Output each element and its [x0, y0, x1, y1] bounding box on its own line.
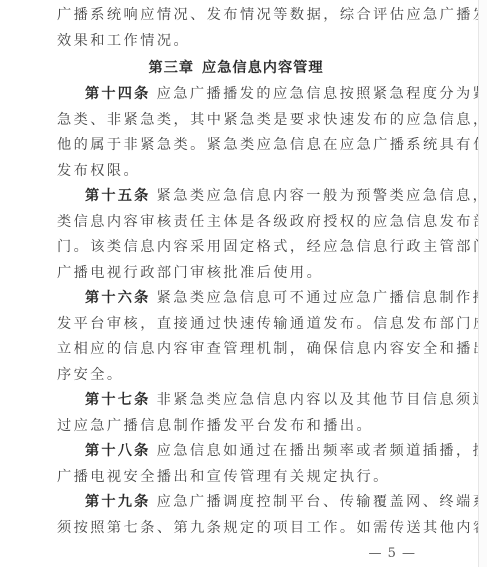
document-body: 广播系统响应情况、发布情况等数据，综合评估应急广播发布 效果和工作情况。 第三章… [57, 3, 415, 541]
article-number: 第十四条 [85, 86, 151, 102]
article-number: 第十八条 [85, 443, 151, 459]
article-15-first-line: 第十五条紧急类应急信息内容一般为预警类应急信息，该 [57, 184, 415, 210]
article-number: 第十九条 [85, 494, 151, 510]
document-page: 广播系统响应情况、发布情况等数据，综合评估应急广播发布 效果和工作情况。 第三章… [0, 0, 478, 567]
article-14-first-line: 第十四条应急广播播发的应急信息按照紧急程度分为紧 [57, 82, 415, 108]
page-number: — 5 — [352, 546, 416, 561]
article-text: 应急广播调度控制平台、传输覆盖网、终端系统 [157, 494, 487, 510]
body-line: 急类、非紧急类，其中紧急类是要求快速发布的应急信息，其 [57, 108, 415, 134]
body-line: 立相应的信息内容审查管理机制，确保信息内容安全和播出秩 [57, 337, 415, 363]
page-margin [479, 0, 487, 567]
body-line: 广播系统响应情况、发布情况等数据，综合评估应急广播发布 [57, 3, 415, 29]
body-line: 须按照第七条、第九条规定的项目工作。如需传送其他内容， [57, 516, 415, 542]
article-number: 第十七条 [85, 392, 151, 408]
article-17-first-line: 第十七条非紧急类应急信息内容以及其他节目信息须通 [57, 388, 415, 414]
article-19-first-line: 第十九条应急广播调度控制平台、传输覆盖网、终端系统 [57, 490, 415, 516]
body-line: 过应急广播信息制作播发平台发布和播出。 [57, 414, 415, 440]
body-line: 序安全。 [57, 363, 415, 389]
body-line: 广播电视安全播出和宣传管理有关规定执行。 [57, 465, 415, 491]
article-text: 应急广播播发的应急信息按照紧急程度分为紧 [157, 86, 487, 102]
article-16-first-line: 第十六条紧急类应急信息可不通过应急广播信息制作播 [57, 286, 415, 312]
article-text: 紧急类应急信息内容一般为预警类应急信息，该 [157, 188, 487, 204]
body-line: 发布权限。 [57, 159, 415, 185]
article-text: 应急信息如通过在播出频率或者频道插播，按照 [157, 443, 487, 459]
article-18-first-line: 第十八条应急信息如通过在播出频率或者频道插播，按照 [57, 439, 415, 465]
body-line: 发平台审核，直接通过快速传输通道发布。信息发布部门应建 [57, 312, 415, 338]
body-line: 广播电视行政部门审核批准后使用。 [57, 261, 415, 287]
article-number: 第十五条 [85, 188, 151, 204]
article-text: 非紧急类应急信息内容以及其他节目信息须通 [157, 392, 487, 408]
body-line: 他的属于非紧急类。紧急类应急信息在应急广播系统具有优先 [57, 133, 415, 159]
chapter-title: 应急信息内容管理 [202, 60, 324, 76]
article-number: 第十六条 [85, 290, 151, 306]
chapter-number: 第三章 [148, 60, 194, 76]
body-line: 类信息内容审核责任主体是各级政府授权的应急信息发布部 [57, 210, 415, 236]
article-text: 紧急类应急信息可不通过应急广播信息制作播 [157, 290, 487, 306]
chapter-heading: 第三章应急信息内容管理 [57, 54, 415, 82]
body-line: 效果和工作情况。 [57, 29, 415, 55]
body-line: 门。该类信息内容采用固定格式，经应急信息行政主管部门和 [57, 235, 415, 261]
